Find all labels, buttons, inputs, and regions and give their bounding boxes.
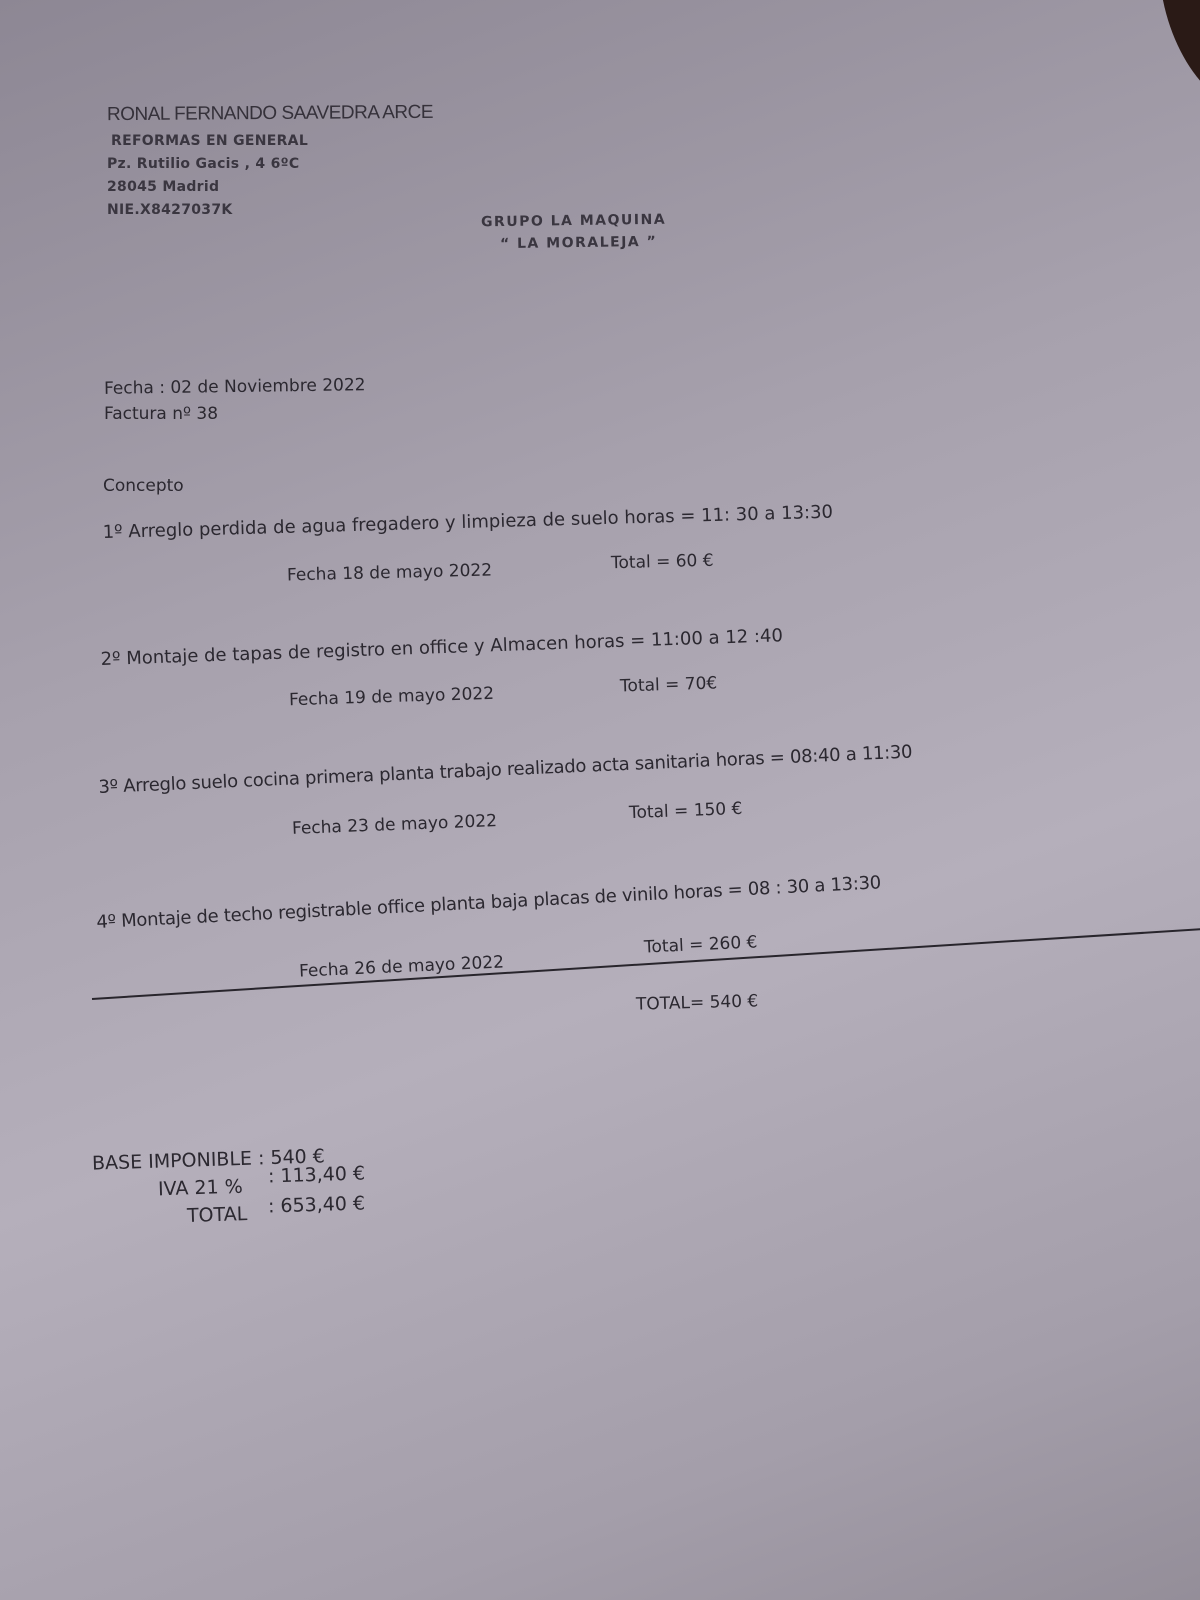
line-item-date: Fecha 23 de mayo 2022 [292, 811, 498, 839]
line-item-total: Total = 260 € [644, 932, 758, 957]
total-value: : 653,40 € [268, 1192, 366, 1217]
client-name: GRUPO LA MAQUINA [481, 212, 666, 231]
concept-label: Concepto [103, 476, 184, 496]
issuer-city: 28045 Madrid [107, 179, 219, 195]
line-item-total: Total = 70€ [620, 673, 718, 696]
issuer-nie: NIE.X8427037K [107, 202, 233, 218]
line-item-date: Fecha 18 de mayo 2022 [287, 560, 492, 585]
line-item-description: 4º Montaje de techo registrable office p… [96, 872, 881, 933]
total-label: TOTAL [187, 1203, 248, 1227]
invoice-number: Factura nº 38 [104, 404, 218, 424]
line-item-total: Total = 60 € [611, 551, 714, 574]
line-item-description: 1º Arreglo perdida de agua fregadero y l… [102, 502, 833, 543]
issuer-address: Pz. Rutilio Gacis , 4 6ºC [107, 156, 299, 172]
iva-value: : 113,40 € [268, 1162, 366, 1187]
background-object [1161, 0, 1200, 126]
line-item-date: Fecha 19 de mayo 2022 [289, 684, 495, 710]
line-item-description: 2º Montaje de tapas de registro en offic… [100, 625, 783, 670]
issuer-name: RONAL FERNANDO SAAVEDRA ARCE [107, 102, 433, 126]
line-item-description: 3º Arreglo suelo cocina primera planta t… [98, 741, 913, 798]
client-site: “ LA MORALEJA ” [500, 234, 657, 252]
grand-total: TOTAL= 540 € [636, 991, 759, 1014]
invoice-date: Fecha : 02 de Noviembre 2022 [104, 375, 366, 399]
iva-label: IVA 21 % [158, 1176, 243, 1201]
line-item-date: Fecha 26 de mayo 2022 [299, 952, 505, 981]
line-item-total: Total = 150 € [629, 799, 743, 823]
issuer-activity: REFORMAS EN GENERAL [111, 133, 308, 149]
